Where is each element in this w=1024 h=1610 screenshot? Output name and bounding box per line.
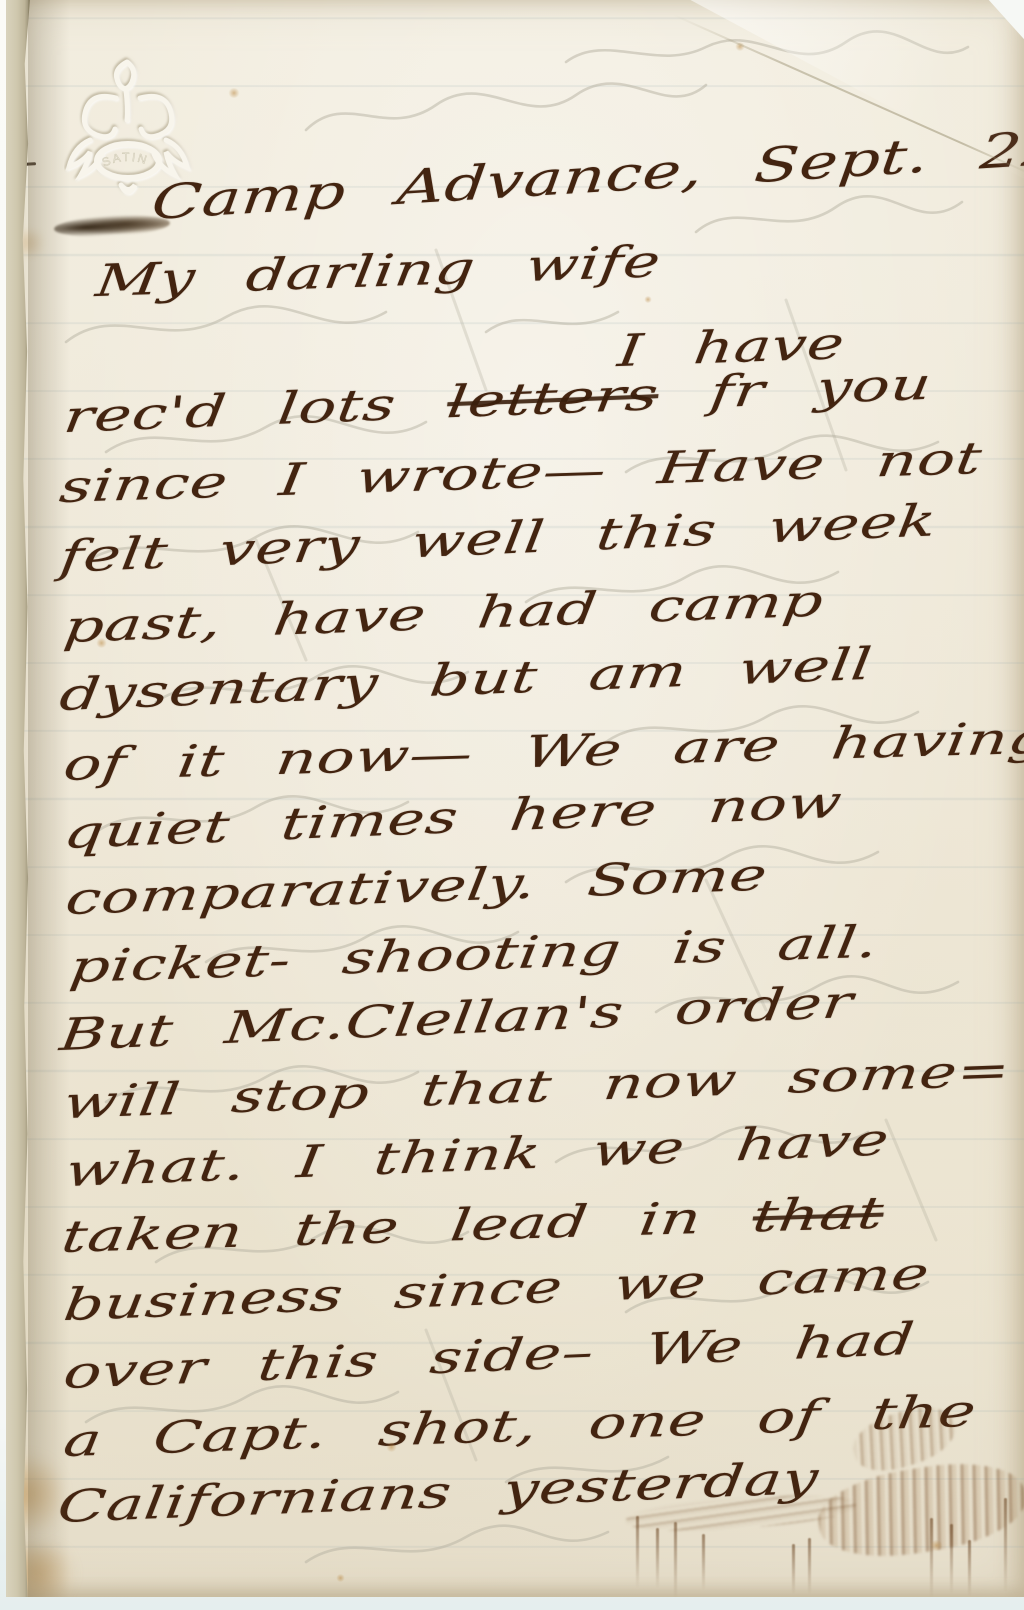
struck-word: that — [750, 1188, 887, 1243]
ink-drip — [656, 1528, 659, 1588]
letter-scan: SATIN Camp Advance, Sept. 22. My darling… — [0, 0, 1024, 1610]
foxing-spot — [930, 1540, 943, 1551]
foxing-spot — [96, 638, 107, 648]
ink-drip — [968, 1540, 971, 1596]
foxing-spot — [228, 88, 240, 98]
foxing-spot — [644, 296, 652, 303]
ink-drip — [930, 1518, 933, 1597]
foxing-spot — [386, 1442, 397, 1452]
letter-page: SATIN Camp Advance, Sept. 22. My darling… — [6, 0, 1024, 1597]
binding-crease-shadow — [28, 0, 70, 1597]
ink-drip — [808, 1538, 811, 1594]
foxing-spot — [336, 1574, 345, 1582]
line-text: fr you — [655, 359, 934, 421]
ink-drip — [950, 1524, 953, 1594]
ink-drip — [674, 1522, 677, 1597]
ink-drip — [636, 1516, 639, 1588]
ink-drip — [1004, 1498, 1007, 1592]
crest-brand-text: SATIN — [100, 150, 150, 170]
struck-word: letters — [444, 369, 661, 428]
ink-drip — [792, 1544, 795, 1594]
ink-drip — [702, 1534, 705, 1590]
